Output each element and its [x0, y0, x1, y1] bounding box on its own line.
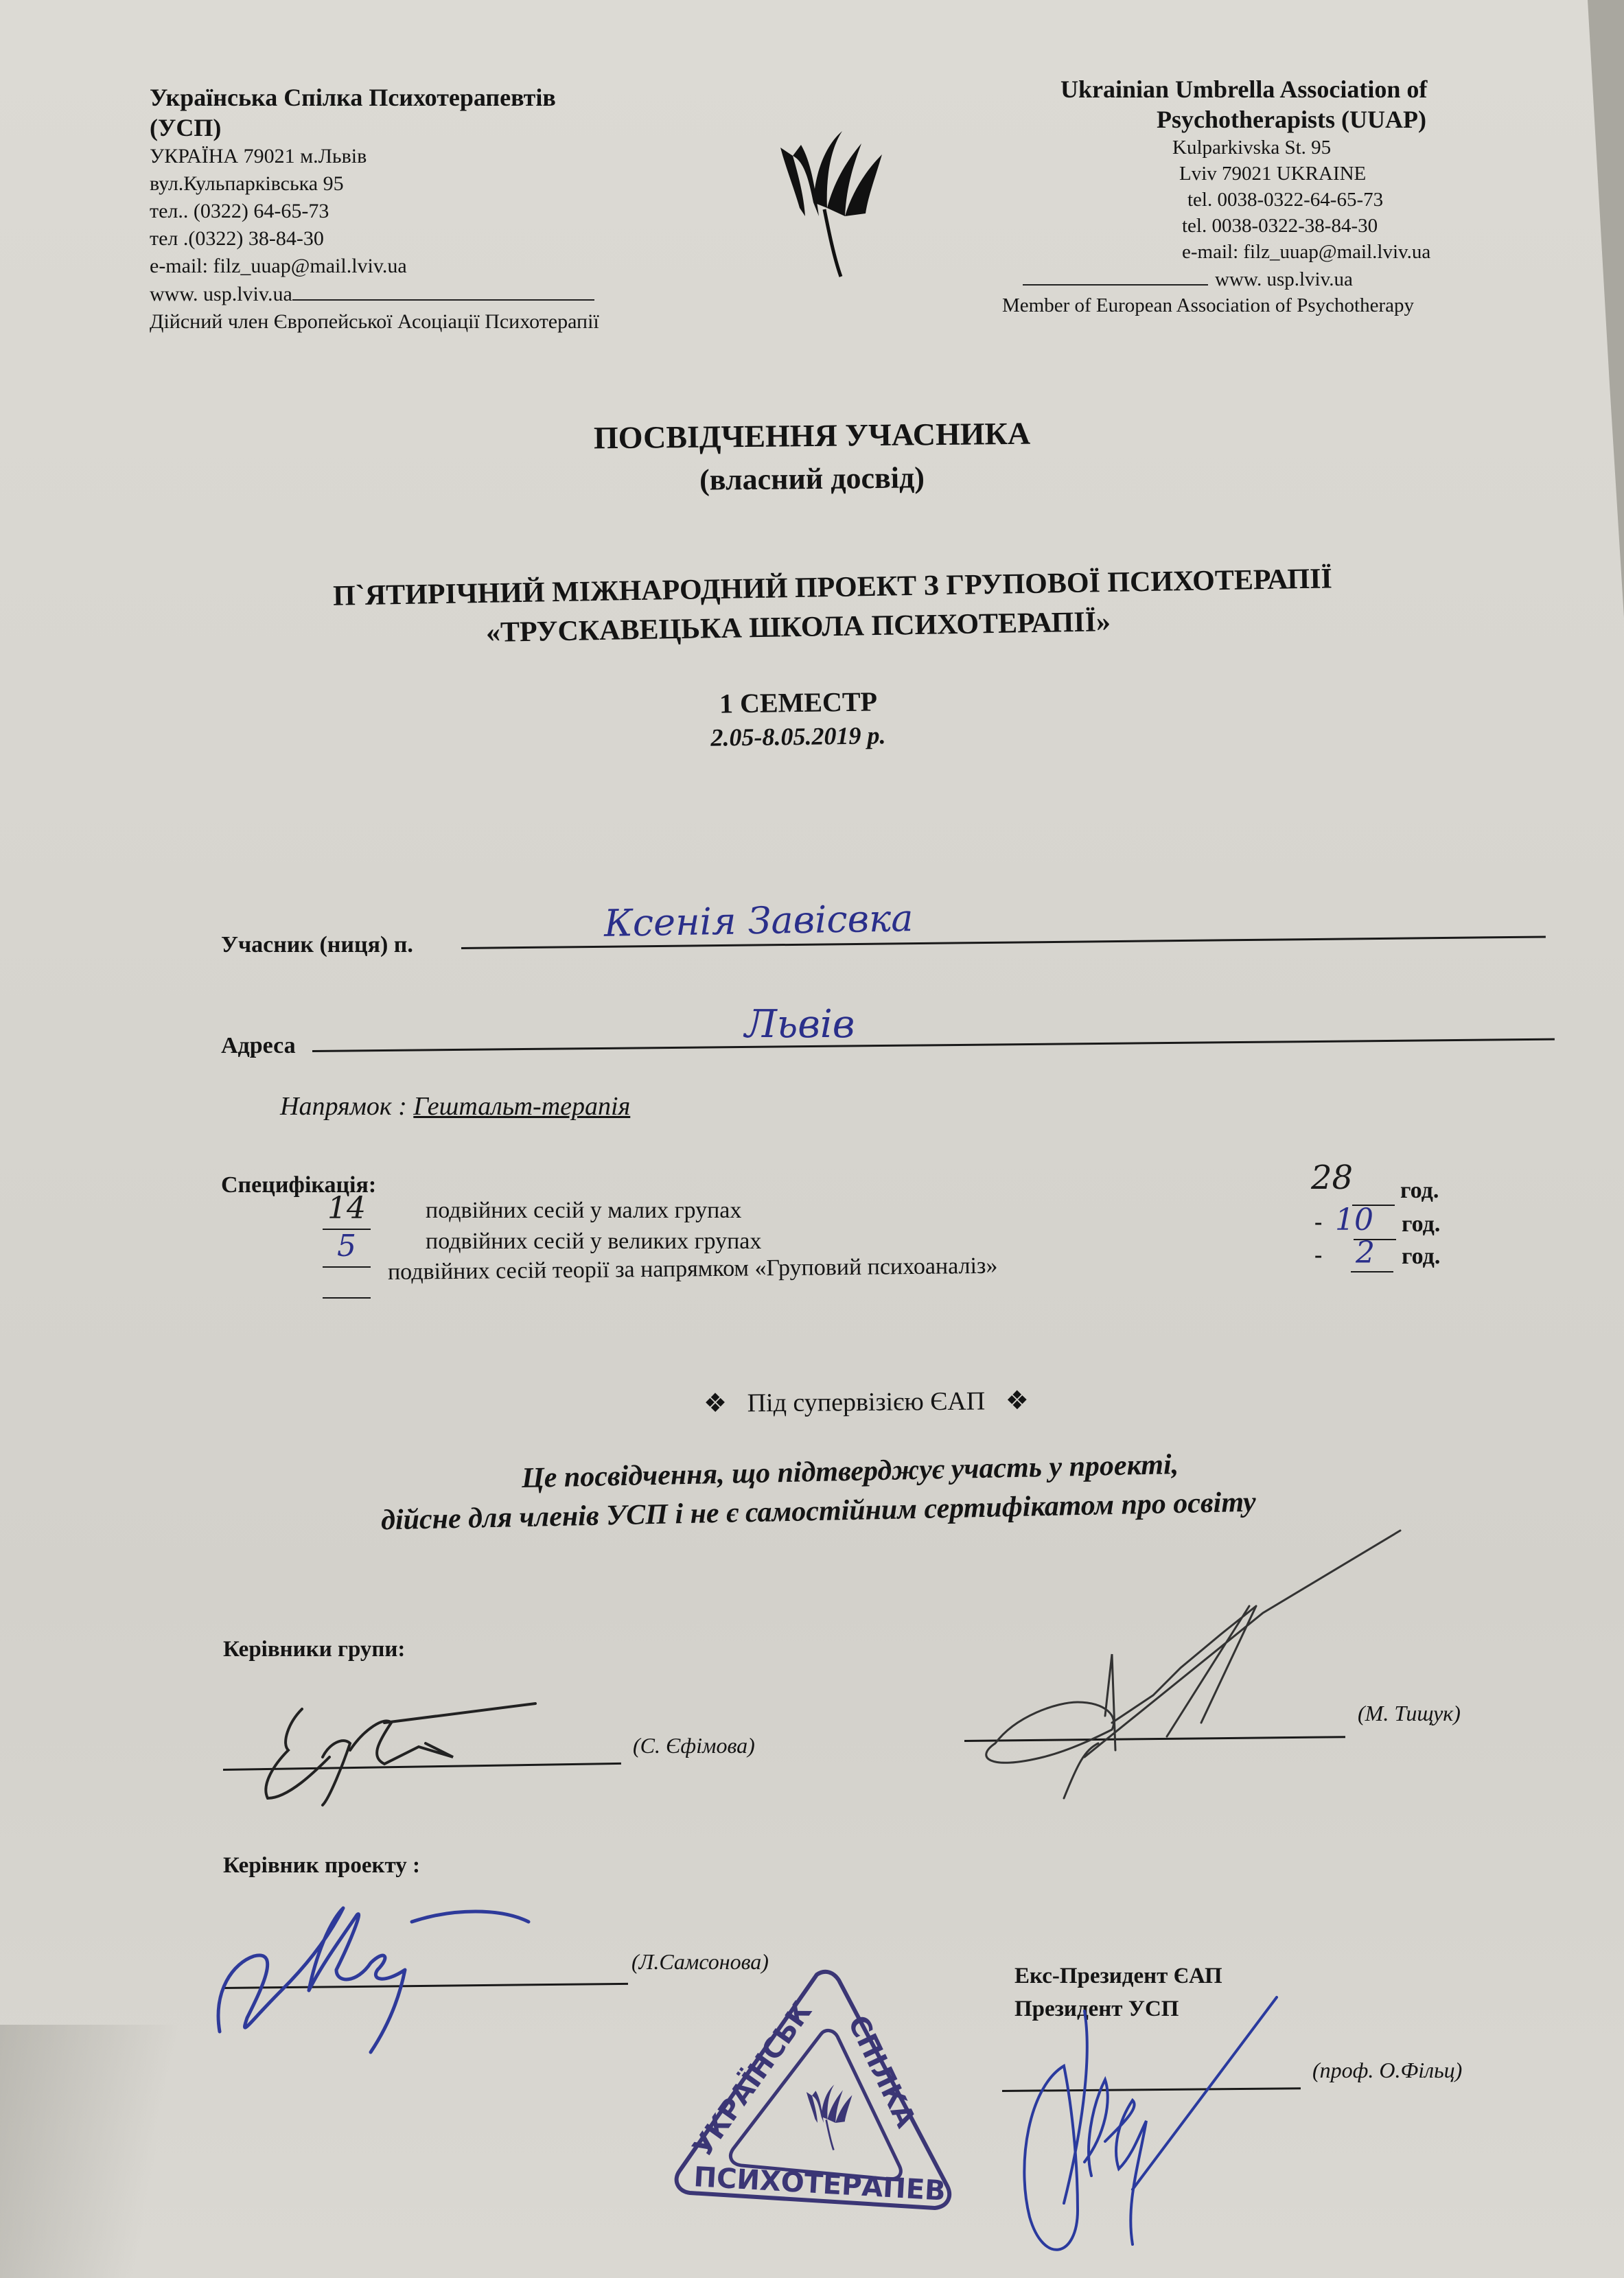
president-name: (проф. О.Фільц)	[1312, 2058, 1462, 2083]
diamond-bullet-icon: ❖	[1006, 1386, 1029, 1415]
spec-row-2-count: 5	[323, 1229, 371, 1264]
participant-label: Учасник (ниця) п.	[221, 932, 413, 958]
spec-row-2-dash: -	[1314, 1209, 1322, 1235]
spec-row-2-hours: 10	[1335, 1202, 1373, 1237]
spec-row-2-unit: год.	[1402, 1211, 1440, 1237]
phone-uk-1: тел.. (0322) 64-65-73	[150, 198, 599, 225]
website-en: www. usp.lviv.ua	[1215, 268, 1353, 290]
spec-row-3-count-line	[323, 1297, 371, 1299]
svg-text:ПСИХОТЕРАПЕВТ.В: ПСИХОТЕРАПЕВТ.В	[656, 1935, 947, 2207]
uuap-stamp: УКРАЇНСЬКА СПІЛКА ПСИХОТЕРАПЕВТ.В	[666, 1960, 954, 2234]
spec-row-3-hours-line	[1351, 1271, 1393, 1272]
leader2-signature	[961, 1531, 1441, 1819]
leader1-name: (С. Єфімова)	[633, 1733, 755, 1758]
spec-row-1-unit: год.	[1400, 1178, 1439, 1204]
spec-row-1-text: подвійних сесій у малих групах	[426, 1198, 741, 1224]
address-uk-1: УКРАЇНА 79021 м.Львів	[150, 143, 599, 170]
phone-uk-2: тел .(0322) 38-84-30	[150, 225, 599, 253]
address-en-2: Lviv 79021 UKRAINE	[988, 161, 1430, 187]
spec-row-3-hours: 2	[1356, 1235, 1375, 1270]
svg-text:УКРАЇНСЬКА: УКРАЇНСЬКА	[656, 1935, 819, 2163]
org-abbr-en: Psychotherapists (UUAP)	[988, 104, 1430, 135]
diamond-bullet-icon: ❖	[704, 1389, 727, 1418]
participant-name-handwritten: Ксенія Завісвка	[603, 896, 913, 945]
project-leader-signature	[206, 1881, 590, 2059]
leader1-signature	[247, 1695, 563, 1812]
supervision-text: Під супервізією ЄАП	[747, 1386, 985, 1417]
stamp-text-bottom: ПСИХОТЕРАПЕВТ.В	[656, 1935, 947, 2207]
paper-shadow	[0, 2025, 178, 2278]
email-uk: e-mail: filz_uuap@mail.lviv.ua	[150, 253, 599, 280]
address-en-1: Kulparkivska St. 95	[988, 135, 1430, 161]
spec-row-1-count: 14	[323, 1191, 371, 1226]
president-signature	[1002, 1984, 1290, 2272]
address-label: Адреса	[221, 1033, 296, 1059]
supervision-line: ❖ Під супервізією ЄАП ❖	[704, 1385, 1029, 1419]
address-handwritten: Львів	[745, 1002, 855, 1047]
spec-row-1-hours: 28	[1311, 1159, 1353, 1197]
website-uk: www. usp.lviv.ua	[150, 283, 292, 305]
header-right-block: Ukrainian Umbrella Association of Psycho…	[988, 74, 1430, 318]
phone-en-2: tel. 0038-0322-38-84-30	[988, 213, 1430, 239]
direction-label: Напрямок :	[280, 1092, 407, 1121]
header-left-block: Українська Спілка Психотерапевтів (УСП) …	[150, 82, 599, 336]
spec-row-2-text: подвійних сесій у великих групах	[426, 1229, 761, 1255]
org-abbr-uk: (УСП)	[150, 113, 599, 143]
org-name-uk: Українська Спілка Психотерапевтів	[150, 82, 599, 113]
org-name-en: Ukrainian Umbrella Association of	[988, 74, 1430, 104]
uuap-logo-icon	[765, 120, 903, 278]
group-leaders-label: Керівники групи:	[223, 1637, 405, 1662]
membership-en: Member of European Association of Psycho…	[988, 292, 1430, 318]
spec-row-3-dash: -	[1314, 1242, 1322, 1268]
email-en: e-mail: filz_uuap@mail.lviv.ua	[988, 239, 1430, 265]
stamp-logo-icon	[807, 2084, 852, 2150]
phone-en-1: tel. 0038-0322-64-65-73	[988, 187, 1430, 213]
direction-row: Напрямок : Гештальт-терапія	[280, 1091, 630, 1121]
header-underline-en	[1023, 265, 1208, 286]
stamp-text-left: УКРАЇНСЬКА	[656, 1935, 819, 2163]
project-leader-label: Керівник проекту :	[223, 1853, 420, 1879]
spec-row-3-unit: год.	[1402, 1244, 1440, 1270]
header-underline	[292, 280, 594, 301]
direction-value: Гештальт-терапія	[413, 1092, 630, 1121]
address-uk-2: вул.Кульпарківська 95	[150, 170, 599, 198]
spec-row-2-count-line	[323, 1266, 371, 1268]
membership-uk: Дійсний член Європейської Асоціації Псих…	[150, 308, 599, 336]
